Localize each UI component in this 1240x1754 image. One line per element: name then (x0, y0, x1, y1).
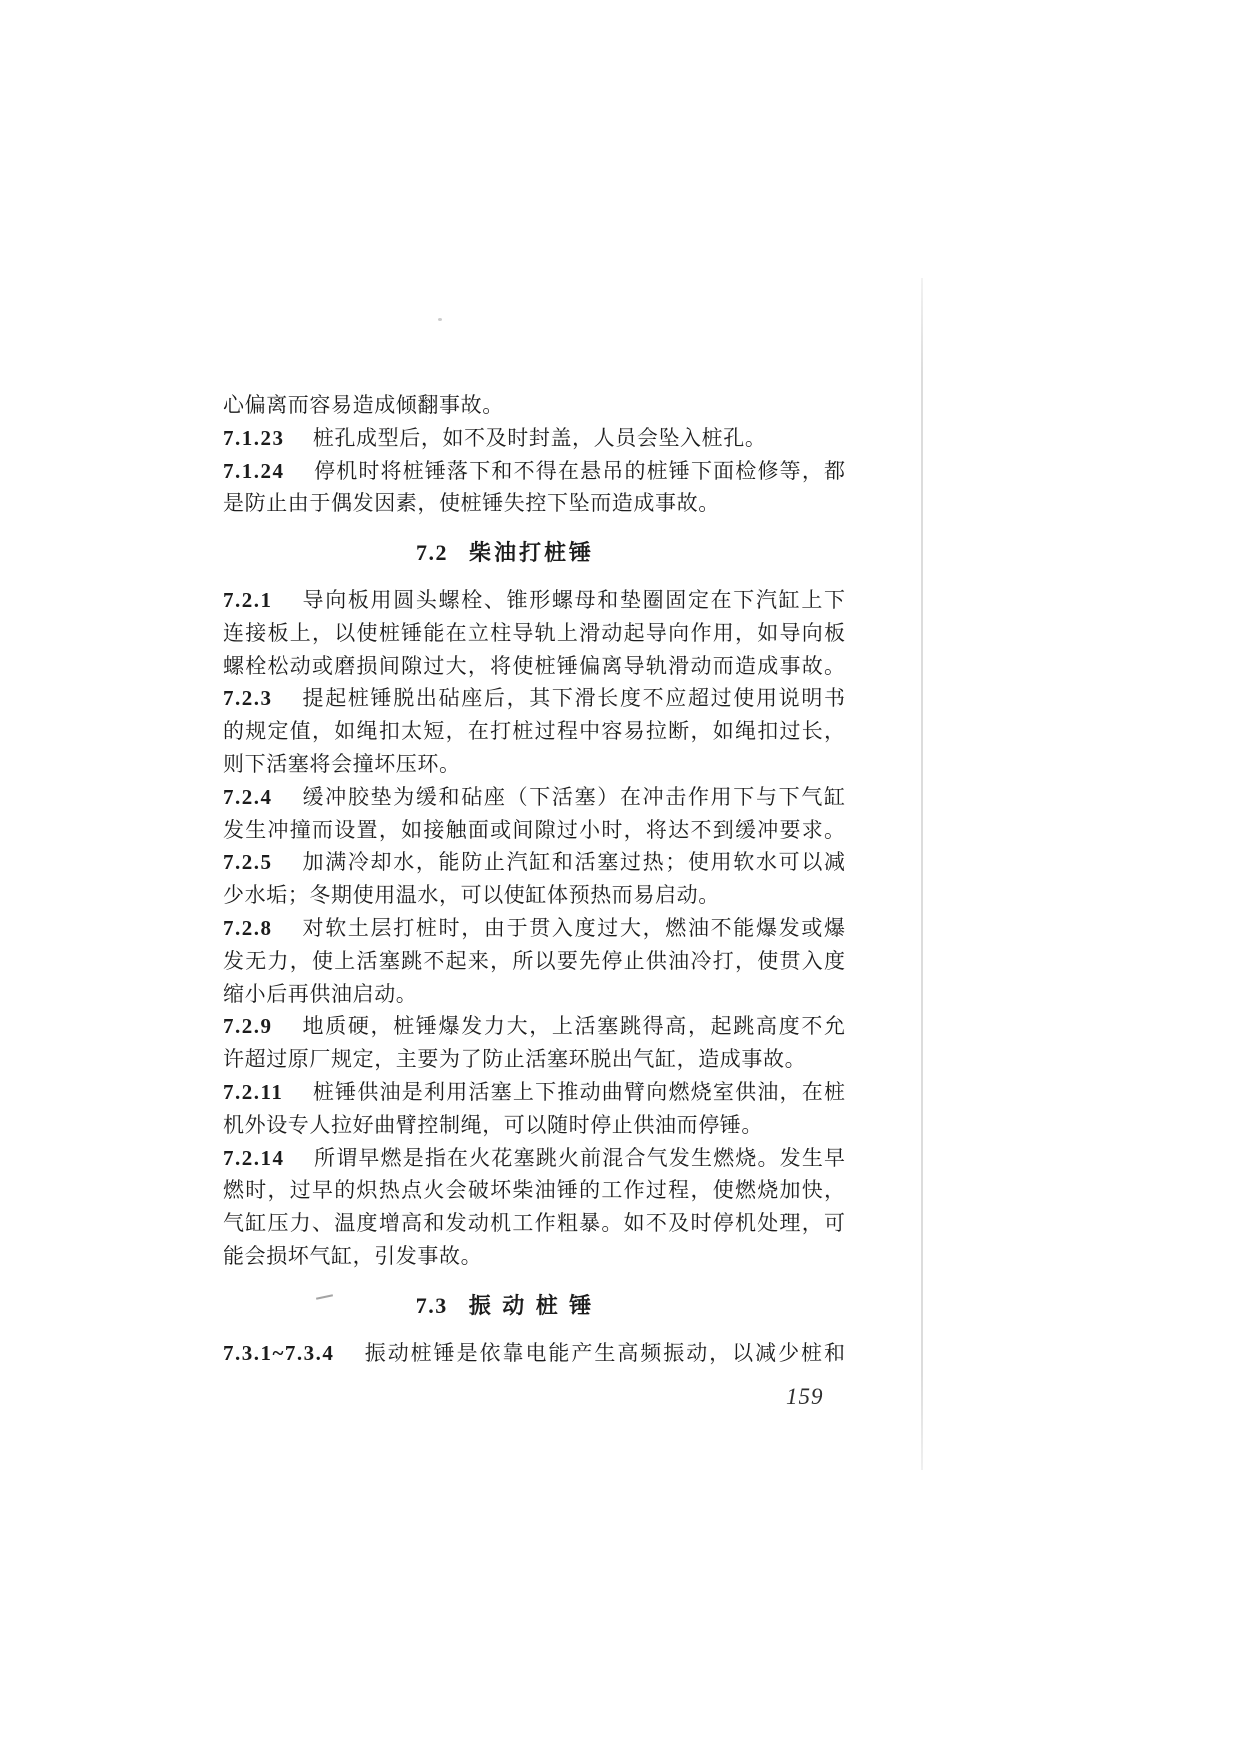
line-text: 停机时将桩锤落下和不得在悬吊的桩锤下面检修等，都 (313, 459, 845, 483)
text-line: 连接板上，以使桩锤能在立柱导轨上滑动起导向作用，如导向板 (223, 617, 845, 650)
text-line: 心偏离而容易造成倾翻事故。 (223, 389, 845, 422)
section-heading-title: 振 动 桩 锤 (469, 1293, 595, 1318)
text-line: 7.2.9地质硬，桩锤爆发力大，上活塞跳得高，起跳高度不允 (223, 1010, 845, 1043)
line-text: 是防止由于偶发因素，使桩锤失控下坠而造成事故。 (223, 491, 720, 515)
line-text: 缓冲胶垫为缓和砧座（下活塞）在冲击作用下与下气缸 (301, 785, 845, 809)
section-heading-title: 柴油打桩锤 (469, 540, 594, 565)
text-line: 缩小后再供油启动。 (223, 978, 845, 1011)
clause-number: 7.2.14 (223, 1146, 285, 1170)
line-text: 机外设专人拉好曲臂控制绳，可以随时停止供油而停锤。 (223, 1113, 763, 1137)
text-line: 是防止由于偶发因素，使桩锤失控下坠而造成事故。 (223, 487, 845, 520)
clause-number: 7.2.1 (223, 588, 273, 612)
line-text: 许超过原厂规定，主要为了防止活塞环脱出气缸，造成事故。 (223, 1047, 806, 1071)
text-line: 机外设专人拉好曲臂控制绳，可以随时停止供油而停锤。 (223, 1109, 845, 1142)
line-text: 导向板用圆头螺栓、锥形螺母和垫圈固定在下汽缸上下 (301, 588, 845, 612)
line-text: 加满冷却水，能防止汽缸和活塞过热；使用软水可以减 (301, 850, 845, 874)
clause-number: 7.3.1~7.3.4 (223, 1341, 334, 1365)
text-line: 7.1.23桩孔成型后，如不及时封盖，人员会坠入桩孔。 (223, 422, 845, 455)
line-text: 桩孔成型后，如不及时封盖，人员会坠入桩孔。 (313, 426, 767, 450)
line-text: 连接板上，以使桩锤能在立柱导轨上滑动起导向作用，如导向板 (223, 621, 845, 645)
clause-number: 7.2.5 (223, 850, 273, 874)
line-text: 心偏离而容易造成倾翻事故。 (223, 393, 504, 417)
line-text: 提起桩锤脱出砧座后，其下滑长度不应超过使用说明书 (301, 686, 845, 710)
text-line: 7.1.24停机时将桩锤落下和不得在悬吊的桩锤下面检修等，都 (223, 455, 845, 488)
clause-number: 7.2.4 (223, 785, 273, 809)
clause-number: 7.2.11 (223, 1080, 283, 1104)
clause-number: 7.2.8 (223, 916, 273, 940)
text-line: 7.2.11桩锤供油是利用活塞上下推动曲臂向燃烧室供油，在桩 (223, 1076, 845, 1109)
line-text: 地质硬，桩锤爆发力大，上活塞跳得高，起跳高度不允 (301, 1014, 845, 1038)
clause-number: 7.1.24 (223, 459, 285, 483)
line-text: 缩小后再供油启动。 (223, 982, 417, 1006)
text-line: 螺栓松动或磨损间隙过大，将使桩锤偏离导轨滑动而造成事故。 (223, 650, 845, 683)
section-heading: 7.2柴油打桩锤 (223, 537, 845, 570)
line-text: 气缸压力、温度增高和发动机工作粗暴。如不及时停机处理，可 (223, 1211, 845, 1235)
line-text: 则下活塞将会撞坏压环。 (223, 752, 461, 776)
line-text: 能会损坏气缸，引发事故。 (223, 1244, 482, 1268)
line-text: 发无力，使上活塞跳不起来，所以要先停止供油冷打，使贯入度 (223, 949, 845, 973)
text-line: 少水垢；冬期使用温水，可以使缸体预热而易启动。 (223, 879, 845, 912)
text-line: 能会损坏气缸，引发事故。 (223, 1240, 845, 1273)
text-line: 7.2.3提起桩锤脱出砧座后，其下滑长度不应超过使用说明书 (223, 682, 845, 715)
section-heading-number: 7.2 (416, 540, 448, 565)
line-text: 振动桩锤是依靠电能产生高频振动，以减少桩和 (363, 1341, 845, 1365)
scan-edge-line (921, 278, 923, 1470)
text-line: 的规定值，如绳扣太短，在打桩过程中容易拉断，如绳扣过长， (223, 715, 845, 748)
text-line: 发生冲撞而设置，如接触面或间隙过小时，将达不到缓冲要求。 (223, 814, 845, 847)
line-text: 对软土层打桩时，由于贯入度过大，燃油不能爆发或爆 (301, 916, 845, 940)
line-text: 的规定值，如绳扣太短，在打桩过程中容易拉断，如绳扣过长， (223, 719, 845, 743)
text-line: 7.2.14所谓早燃是指在火花塞跳火前混合气发生燃烧。发生早 (223, 1142, 845, 1175)
text-line: 7.3.1~7.3.4振动桩锤是依靠电能产生高频振动，以减少桩和 (223, 1337, 845, 1370)
page-number: 159 (786, 1384, 824, 1410)
text-line: 7.2.1导向板用圆头螺栓、锥形螺母和垫圈固定在下汽缸上下 (223, 584, 845, 617)
clause-number: 7.1.23 (223, 426, 285, 450)
line-text: 桩锤供油是利用活塞上下推动曲臂向燃烧室供油，在桩 (312, 1080, 845, 1104)
line-text: 少水垢；冬期使用温水，可以使缸体预热而易启动。 (223, 883, 720, 907)
text-line: 7.2.4缓冲胶垫为缓和砧座（下活塞）在冲击作用下与下气缸 (223, 781, 845, 814)
line-text: 所谓早燃是指在火花塞跳火前混合气发生燃烧。发生早 (313, 1146, 845, 1170)
text-line: 7.2.8对软土层打桩时，由于贯入度过大，燃油不能爆发或爆 (223, 912, 845, 945)
clause-number: 7.2.9 (223, 1014, 273, 1038)
text-line: 许超过原厂规定，主要为了防止活塞环脱出气缸，造成事故。 (223, 1043, 845, 1076)
section-heading: 7.3振 动 桩 锤 (223, 1290, 845, 1323)
text-line: 则下活塞将会撞坏压环。 (223, 748, 845, 781)
section-heading-number: 7.3 (416, 1293, 448, 1318)
text-column: 心偏离而容易造成倾翻事故。7.1.23桩孔成型后，如不及时封盖，人员会坠入桩孔。… (223, 389, 845, 1369)
text-line: 7.2.5加满冷却水，能防止汽缸和活塞过热；使用软水可以减 (223, 846, 845, 879)
line-text: 发生冲撞而设置，如接触面或间隙过小时，将达不到缓冲要求。 (223, 818, 845, 842)
text-line: 燃时，过早的炽热点火会破坏柴油锤的工作过程，使燃烧加快， (223, 1174, 845, 1207)
text-line: 发无力，使上活塞跳不起来，所以要先停止供油冷打，使贯入度 (223, 945, 845, 978)
line-text: 燃时，过早的炽热点火会破坏柴油锤的工作过程，使燃烧加快， (223, 1178, 845, 1202)
line-text: 螺栓松动或磨损间隙过大，将使桩锤偏离导轨滑动而造成事故。 (223, 654, 845, 678)
scan-speck-dot (438, 318, 442, 321)
text-line: 气缸压力、温度增高和发动机工作粗暴。如不及时停机处理，可 (223, 1207, 845, 1240)
clause-number: 7.2.3 (223, 686, 273, 710)
document-page: 心偏离而容易造成倾翻事故。7.1.23桩孔成型后，如不及时封盖，人员会坠入桩孔。… (0, 0, 1240, 1754)
